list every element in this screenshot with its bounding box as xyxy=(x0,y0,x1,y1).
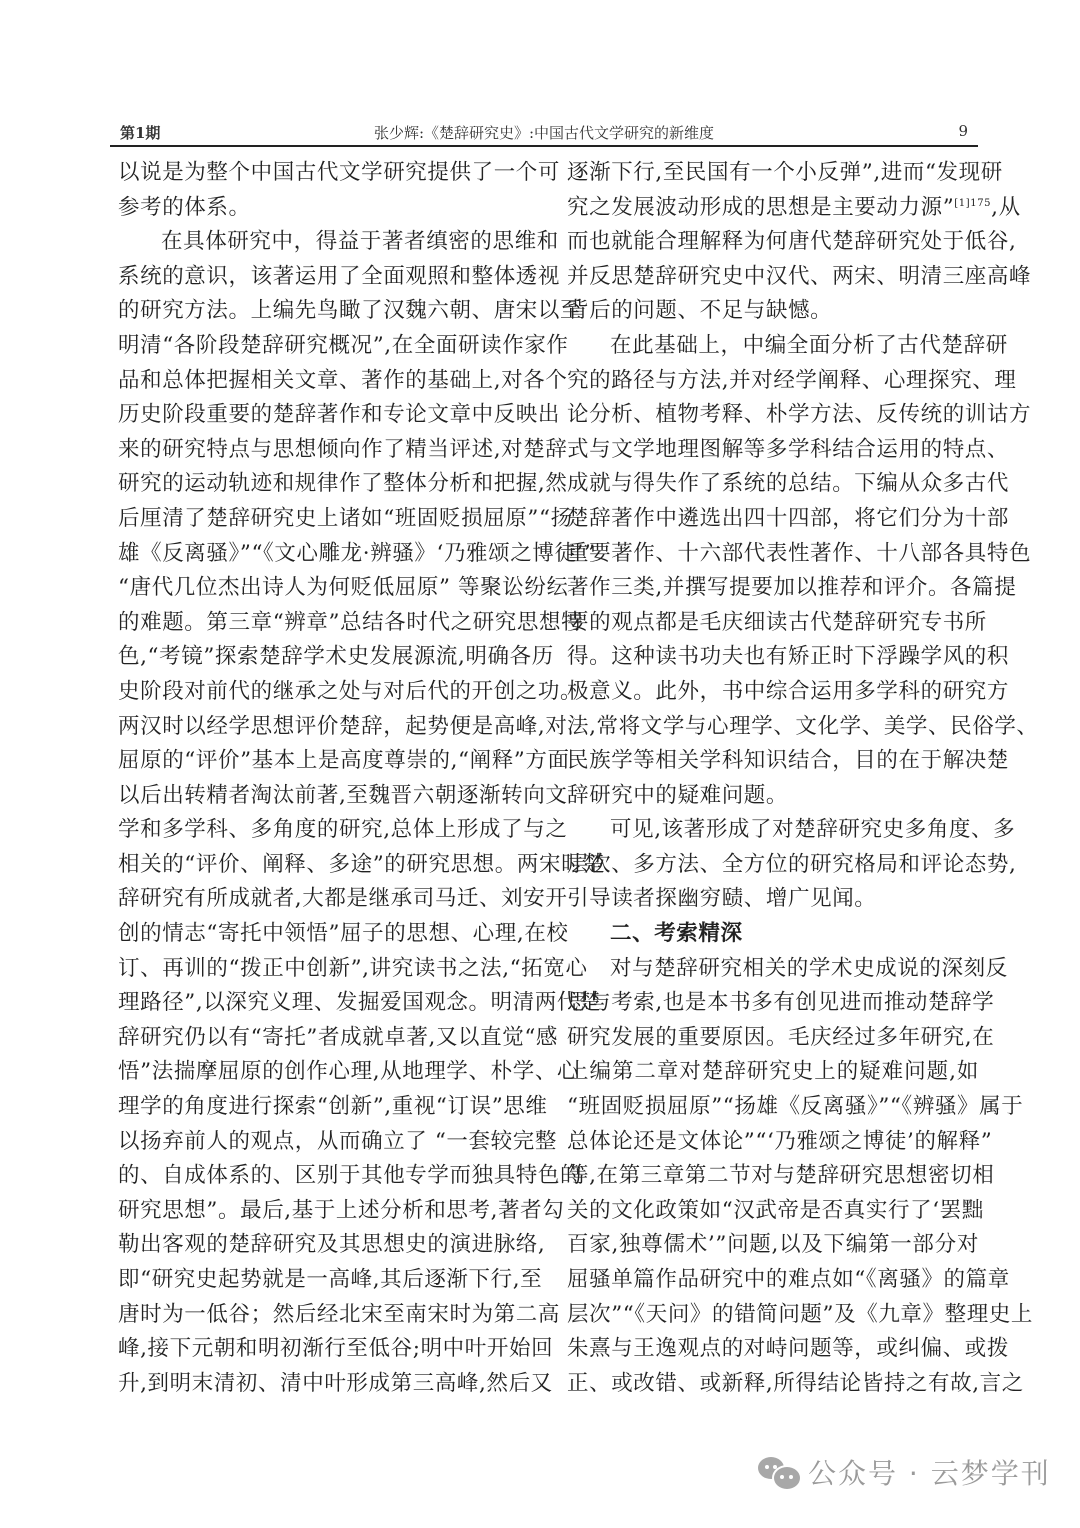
running-header: 第1期 张少辉:《楚辞研究史》:中国古代文学研究的新维度 9 xyxy=(110,118,978,144)
text-line: 研究的运动轨迹和规律作了整体分析和把握,然 xyxy=(118,467,530,502)
header-rule xyxy=(110,145,978,147)
text-line: 系统的意识，该著运用了全面观照和整体透视 xyxy=(118,260,530,295)
text-line: 的研究方法。上编先鸟瞰了汉魏六朝、唐宋以至 xyxy=(118,294,530,329)
text-line: 究的路径与方法,并对经学阐释、心理探究、理 xyxy=(567,364,979,399)
text-line: 创的情志“寄托中领悟”屈子的思想、心理,在校 xyxy=(118,917,530,952)
citation-reference: [1]175 xyxy=(954,197,991,208)
text-line: 悟”法揣摩屈原的创作心理,从地理学、朴学、心 xyxy=(118,1055,530,1090)
text-line: 以说是为整个中国古代文学研究提供了一个可 xyxy=(118,156,530,191)
text-line: 品和总体把握相关文章、著作的基础上,对各个 xyxy=(118,364,530,399)
text-line: 要的观点都是毛庆细读古代楚辞研究专书所 xyxy=(567,606,979,641)
wechat-icon xyxy=(758,1455,800,1489)
text-line: 即“研究史起势就是一高峰,其后逐渐下行,至 xyxy=(118,1263,530,1298)
right-column: 逐渐下行,至民国有一个小反弹”,进而“发现研究之发展波动形成的思想是主要动力源”… xyxy=(567,156,979,1401)
text-line: 学和多学科、多角度的研究,总体上形成了与之 xyxy=(118,813,530,848)
text-line: 的、自成体系的、区别于其他专学而独具特色的 xyxy=(118,1159,530,1194)
text-line: 的难题。第三章“辨章”总结各时代之研究思想特 xyxy=(118,606,530,641)
text-line: 并反思楚辞研究史中汉代、两宋、明清三座高峰 xyxy=(567,260,979,295)
text-line: 百家,独尊儒术’”问题,以及下编第一部分对 xyxy=(567,1228,979,1263)
text-line: 色,“考镜”探索楚辞学术史发展源流,明确各历 xyxy=(118,640,530,675)
section-heading: 二、考索精深 xyxy=(567,917,979,952)
text-line: 著作三类,并撰写提要加以推荐和评介。各篇提 xyxy=(567,571,979,606)
text-line: 历史阶段重要的楚辞著作和专论文章中反映出 xyxy=(118,398,530,433)
text-line: “班固贬损屈原”“扬雄《反离骚》”“《辨骚》属于 xyxy=(567,1090,979,1125)
text-line: 成就与得失作了系统的总结。下编从众多古代 xyxy=(567,467,979,502)
text-line: 屈原的“评价”基本上是高度尊崇的,“阐释”方面 xyxy=(118,744,530,779)
text-line: 极意义。此外，书中综合运用多学科的研究方 xyxy=(567,675,979,710)
text-line: 引导读者探幽穷赜、增广见闻。 xyxy=(567,882,979,917)
text-line: 雄《反离骚》”“《文心雕龙·辨骚》‘乃雅颂之博徒’” xyxy=(118,537,530,572)
text-line: 论分析、植物考释、朴学方法、反传统的训诂方 xyxy=(567,398,979,433)
text-line: 民族学等相关学科知识结合，目的在于解决楚 xyxy=(567,744,979,779)
text-line: 在此基础上，中编全面分析了古代楚辞研 xyxy=(567,329,979,364)
text-line: 后厘清了楚辞研究史上诸如“班固贬损屈原”“扬 xyxy=(118,502,530,537)
text-line: 可见,该著形成了对楚辞研究史多角度、多 xyxy=(567,813,979,848)
text-line: 对与楚辞研究相关的学术史成说的深刻反 xyxy=(567,952,979,987)
text-line: 研究发展的重要原因。毛庆经过多年研究,在 xyxy=(567,1021,979,1056)
text-line: 理学的角度进行探索“创新”,重视“订误”思维 xyxy=(118,1090,530,1125)
text-line: 法,常将文学与心理学、文化学、美学、民俗学、 xyxy=(567,710,979,745)
text-line: 楚辞著作中遴选出四十四部，将它们分为十部 xyxy=(567,502,979,537)
text-line: 正、或改错、或新释,所得结论皆持之有故,言之 xyxy=(567,1367,979,1402)
text-line: 重要著作、十六部代表性著作、十八部各具特色 xyxy=(567,537,979,572)
text-line: 上编第二章对楚辞研究史上的疑难问题,如 xyxy=(567,1055,979,1090)
text-line: 等,在第三章第二节对与楚辞研究思想密切相 xyxy=(567,1159,979,1194)
text-line: 在具体研究中，得益于著者缜密的思维和 xyxy=(118,225,530,260)
watermark-text: 公众号 · 云梦学刊 xyxy=(808,1452,1051,1492)
text-line: 朱熹与王逸观点的对峙问题等，或纠偏、或拨 xyxy=(567,1332,979,1367)
text-line: 层次、多方法、全方位的研究格局和评论态势, xyxy=(567,848,979,883)
text-line: “唐代几位杰出诗人为何贬低屈原” 等聚讼纷纭 xyxy=(118,571,530,606)
text-line: 参考的体系。 xyxy=(118,191,530,226)
text-line: 而也就能合理解释为何唐代楚辞研究处于低谷, xyxy=(567,225,979,260)
text-line: 峰,接下元朝和明初渐行至低谷;明中叶开始回 xyxy=(118,1332,530,1367)
text-line-with-citation: 究之发展波动形成的思想是主要动力源”[1]175,从 xyxy=(567,191,979,226)
citation-line-tail: ,从 xyxy=(991,195,1021,220)
text-line: 式与文学地理图解等多学科结合运用的特点、 xyxy=(567,433,979,468)
watermark: 公众号 · 云梦学刊 xyxy=(758,1452,1051,1492)
text-line: 屈骚单篇作品研究中的难点如“《离骚》的篇章 xyxy=(567,1263,979,1298)
text-line: 以后出转精者淘汰前著,至魏晋六朝逐渐转向文 xyxy=(118,779,530,814)
text-line: 逐渐下行,至民国有一个小反弹”,进而“发现研 xyxy=(567,156,979,191)
text-line: 唐时为一低谷；然后经北宋至南宋时为第二高 xyxy=(118,1298,530,1333)
text-line: 关的文化政策如“汉武帝是否真实行了‘罢黜 xyxy=(567,1194,979,1229)
text-line: 订、再训的“拨正中创新”,讲究读书之法,“拓宽心 xyxy=(118,952,530,987)
text-line: 勒出客观的楚辞研究及其思想史的演进脉络, xyxy=(118,1228,530,1263)
text-line: 总体论还是文体论”“‘乃雅颂之博徒’的解释” xyxy=(567,1125,979,1160)
text-line: 背后的问题、不足与缺憾。 xyxy=(567,294,979,329)
text-line: 明清“各阶段楚辞研究概况”,在全面研读作家作 xyxy=(118,329,530,364)
citation-line-text: 究之发展波动形成的思想是主要动力源” xyxy=(567,195,954,220)
text-line: 两汉时以经学思想评价楚辞，起势便是高峰,对 xyxy=(118,710,530,745)
text-line: 辞研究仍以有“寄托”者成就卓著,又以直觉“感 xyxy=(118,1021,530,1056)
text-line: 来的研究特点与思想倾向作了精当评述,对楚辞 xyxy=(118,433,530,468)
text-line: 研究思想”。最后,基于上述分析和思考,著者勾 xyxy=(118,1194,530,1229)
text-line: 以扬弃前人的观点，从而确立了 “一套较完整 xyxy=(118,1125,530,1160)
text-line: 相关的“评价、阐释、多途”的研究思想。两宋时楚 xyxy=(118,848,530,883)
page-number: 9 xyxy=(958,122,968,140)
text-line: 得。这种读书功夫也有矫正时下浮躁学风的积 xyxy=(567,640,979,675)
text-line: 思与考索,也是本书多有创见进而推动楚辞学 xyxy=(567,986,979,1021)
text-line: 史阶段对前代的继承之处与对后代的开创之功。 xyxy=(118,675,530,710)
text-line: 层次”“《天问》的错简问题”及《九章》整理史上 xyxy=(567,1298,979,1333)
text-line: 辞研究有所成就者,大都是继承司马迁、刘安开 xyxy=(118,882,530,917)
text-line: 理路径”,以深究义理、发掘爱国观念。明清两代楚 xyxy=(118,986,530,1021)
text-line: 辞研究中的疑难问题。 xyxy=(567,779,979,814)
running-title: 张少辉:《楚辞研究史》:中国古代文学研究的新维度 xyxy=(110,122,978,143)
left-column: 以说是为整个中国古代文学研究提供了一个可参考的体系。在具体研究中，得益于著者缜密… xyxy=(118,156,530,1401)
text-line: 升,到明末清初、清中叶形成第三高峰,然后又 xyxy=(118,1367,530,1402)
